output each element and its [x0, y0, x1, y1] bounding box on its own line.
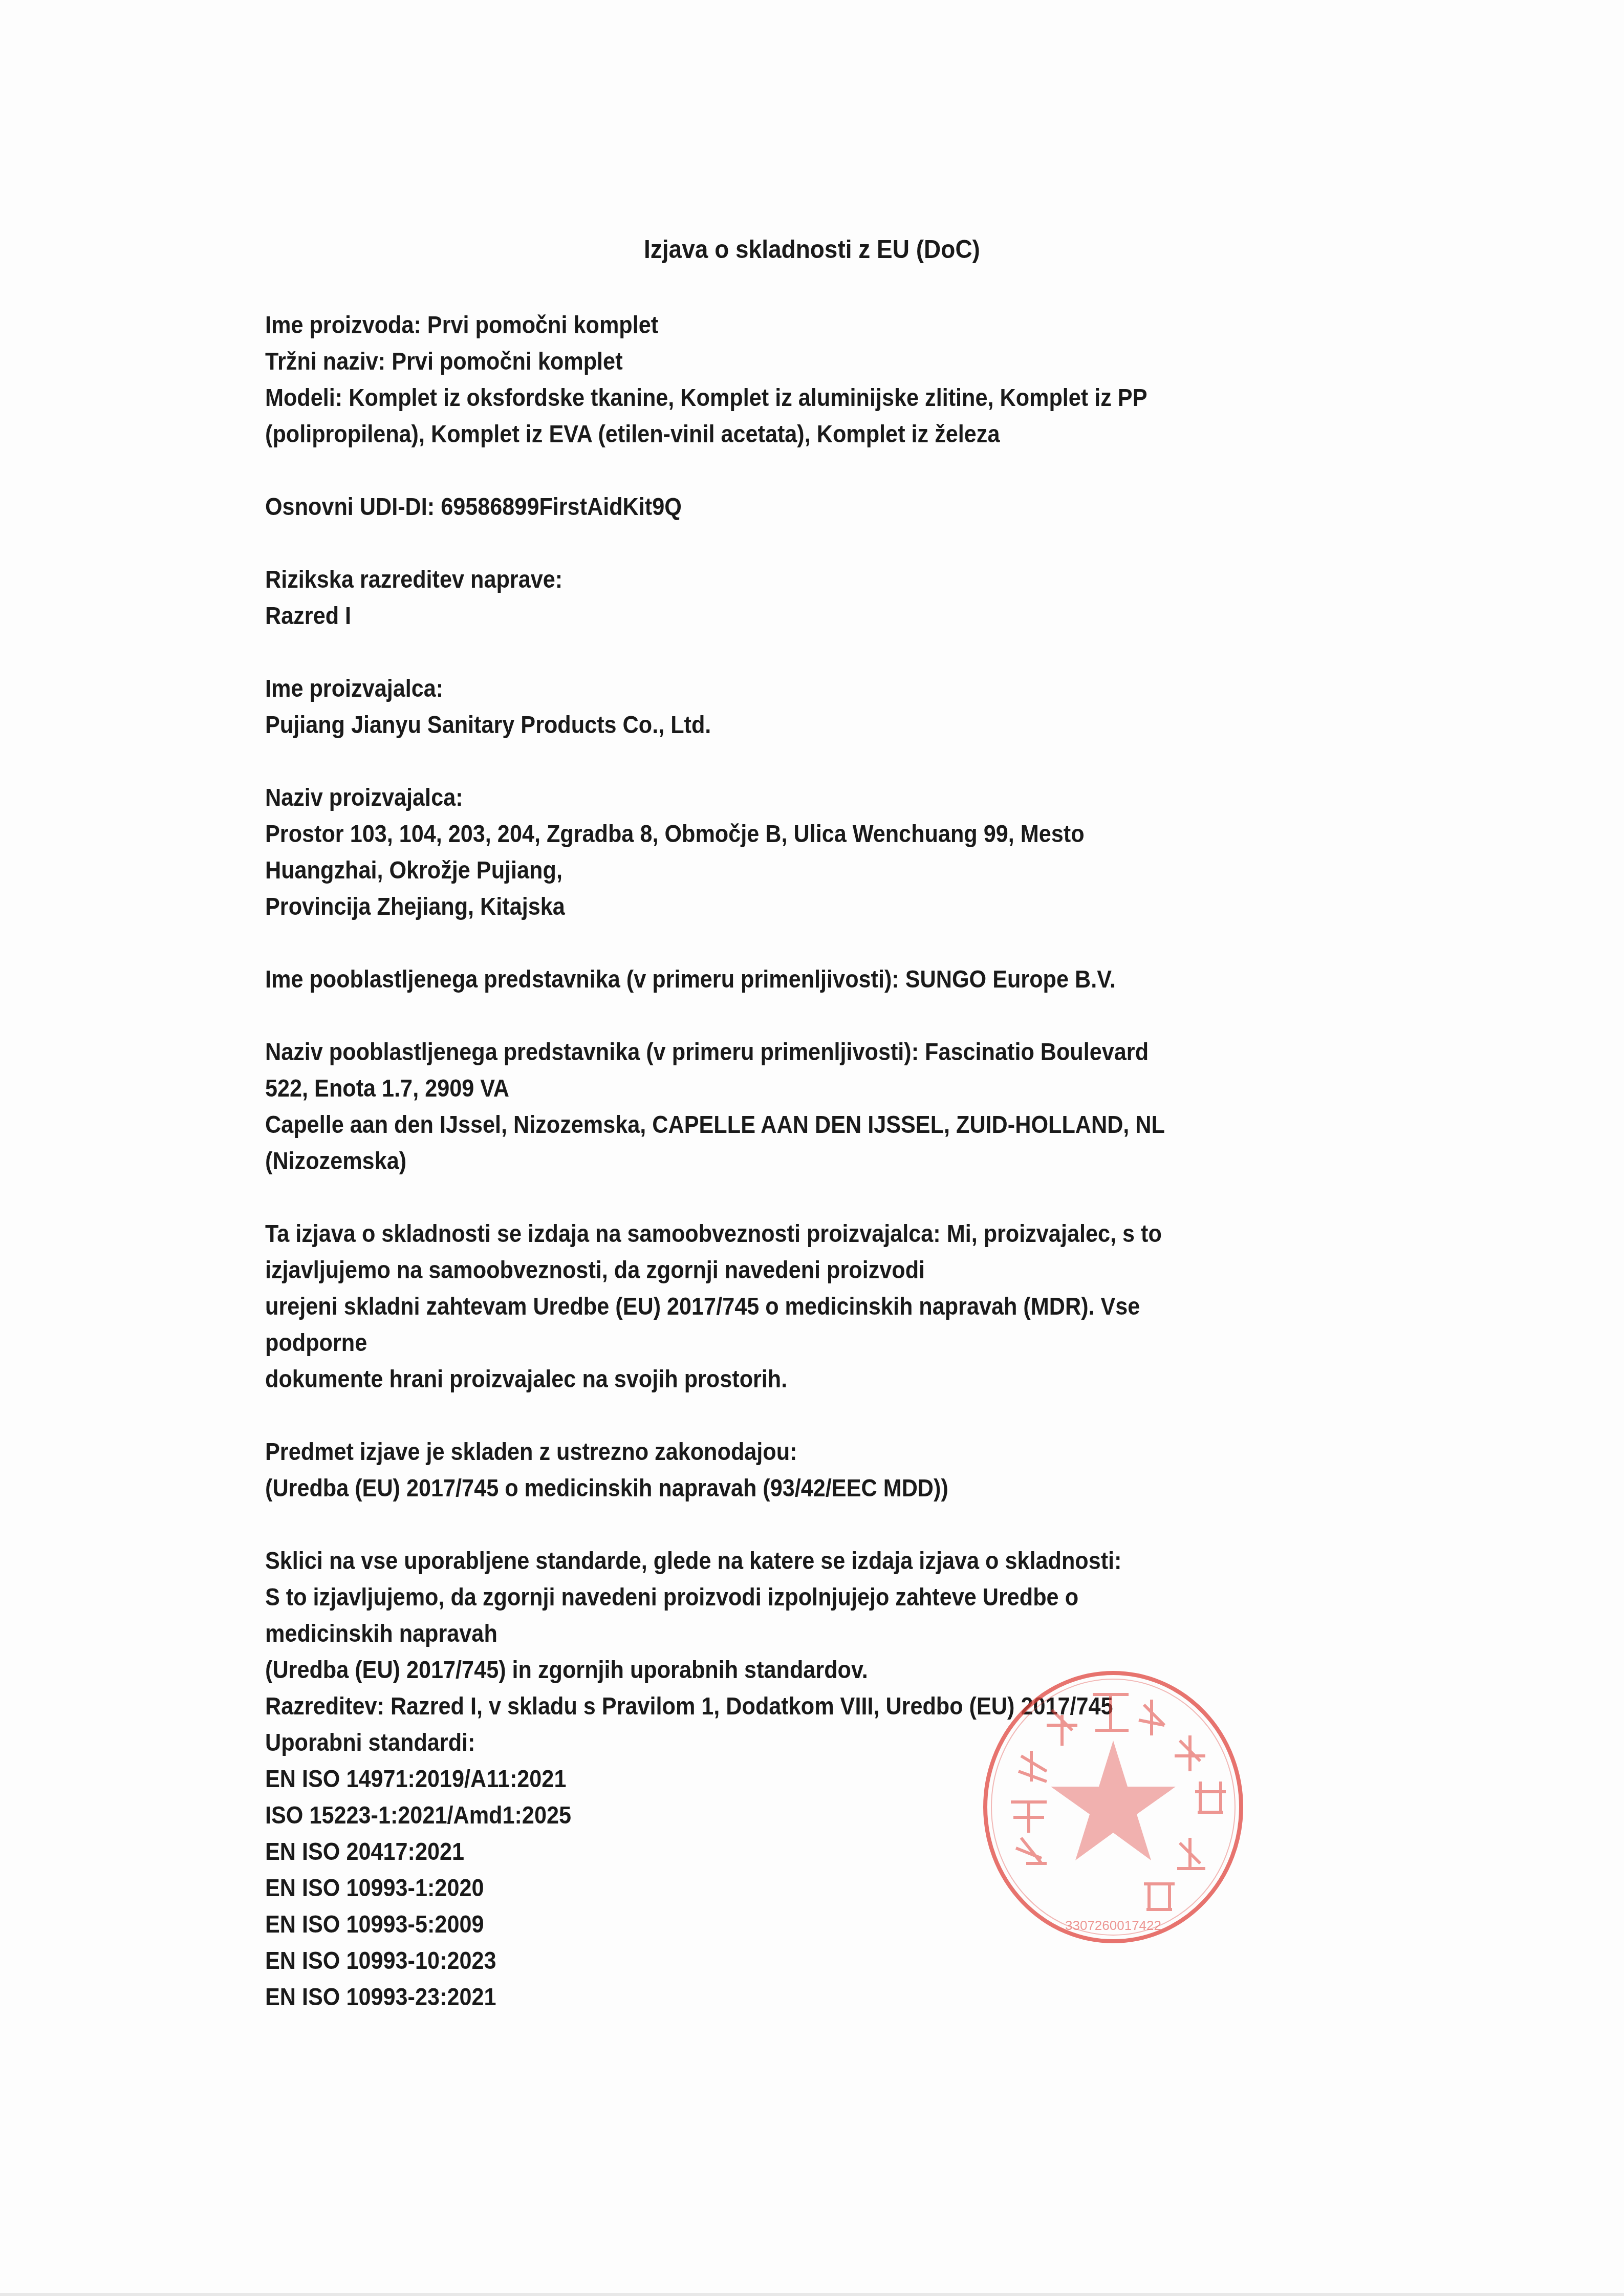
udi-di: Osnovni UDI-DI: 69586899FirstAidKit9Q	[265, 489, 1279, 525]
product-name: Ime proizvoda: Prvi pomočni komplet	[265, 307, 1279, 344]
manufacturer-address-line: Prostor 103, 104, 203, 204, Zgradba 8, O…	[265, 816, 1279, 852]
manufacturer-name-label: Ime proizvajalca:	[265, 671, 1279, 707]
authorized-rep-address-line: (Nizozemska)	[265, 1143, 1279, 1179]
declaration-line: izjavljujemo na samoobveznosti, da zgorn…	[265, 1252, 1279, 1289]
authorized-rep-address-line: Capelle aan den IJssel, Nizozemska, CAPE…	[265, 1107, 1279, 1143]
declaration-line: Ta izjava o skladnosti se izdaja na samo…	[265, 1216, 1279, 1252]
company-seal-stamp: 3307260017422	[975, 1664, 1251, 1950]
models-line-2: (polipropilena), Komplet iz EVA (etilen-…	[265, 416, 1279, 453]
legislation-line: (Uredba (EU) 2017/745 o medicinskih napr…	[265, 1470, 1279, 1507]
risk-class-label: Rizikska razreditev naprave:	[265, 562, 1279, 598]
manufacturer-address-line: Provincija Zhejiang, Kitajska	[265, 889, 1279, 925]
authorized-rep-name: Ime pooblastljenega predstavnika (v prim…	[265, 961, 1279, 998]
authorized-rep-address-line: 522, Enota 1.7, 2909 VA	[265, 1070, 1279, 1107]
manufacturer-name-value: Pujiang Jianyu Sanitary Products Co., Lt…	[265, 707, 1279, 743]
star-icon	[1051, 1741, 1176, 1860]
standards-intro-line: S to izjavljujemo, da zgornji navedeni p…	[265, 1579, 1279, 1616]
standards-intro-line: Sklici na vse uporabljene standarde, gle…	[265, 1543, 1279, 1579]
models-line-1: Modeli: Komplet iz oksfordske tkanine, K…	[265, 380, 1279, 416]
risk-class-value: Razred I	[265, 598, 1279, 634]
seal-number: 3307260017422	[1065, 1918, 1161, 1933]
declaration-line: dokumente hrani proizvajalec na svojih p…	[265, 1361, 1279, 1398]
standards-intro-line: medicinskih napravah	[265, 1616, 1279, 1652]
manufacturer-address-line: Huangzhai, Okrožje Pujiang,	[265, 852, 1279, 889]
declaration-line: urejeni skladni zahtevam Uredbe (EU) 201…	[265, 1289, 1279, 1325]
trade-name: Tržni naziv: Prvi pomočni komplet	[265, 344, 1279, 380]
declaration-line: podporne	[265, 1325, 1279, 1361]
standard-item: EN ISO 10993-23:2021	[265, 1979, 1279, 2015]
manufacturer-address-label: Naziv proizvajalca:	[265, 780, 1279, 816]
page-bottom-edge	[0, 2293, 1624, 2296]
legislation-line: Predmet izjave je skladen z ustrezno zak…	[265, 1434, 1279, 1470]
document-title: Izjava o skladnosti z EU (DoC)	[65, 234, 1559, 264]
authorized-rep-address-line: Naziv pooblastljenega predstavnika (v pr…	[265, 1034, 1279, 1070]
document-page: Izjava o skladnosti z EU (DoC) Ime proiz…	[0, 0, 1624, 2296]
